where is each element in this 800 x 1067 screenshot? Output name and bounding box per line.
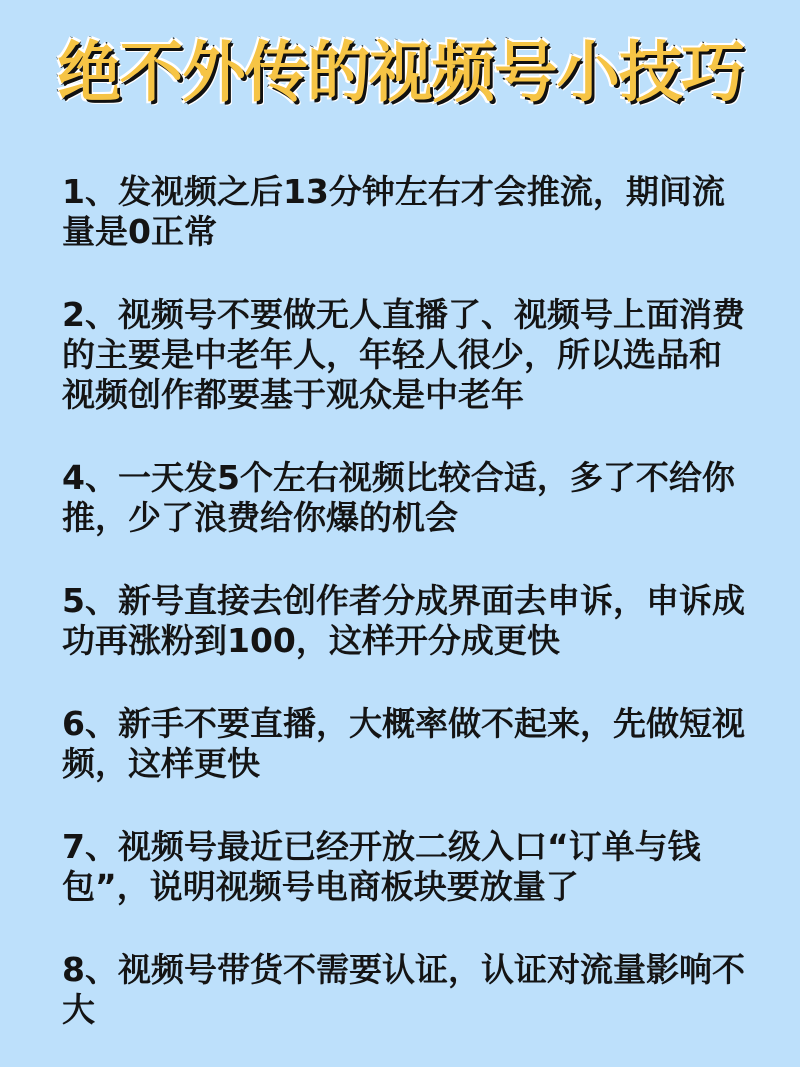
tip-item-4: 4、一天发5个左右视频比较合适，多了不给你推，少了浪费给你爆的机会 <box>62 458 752 538</box>
title-banner: 绝不外传的视频号小技巧 <box>0 28 800 124</box>
tips-list: 1、发视频之后13分钟左右才会推流，期间流量是0正常 2、视频号不要做无人直播了… <box>62 172 752 1067</box>
tip-item-6: 6、新手不要直播，大概率做不起来，先做短视频，这样更快 <box>62 704 752 784</box>
tip-item-8: 8、视频号带货不需要认证，认证对流量影响不大 <box>62 950 752 1030</box>
tip-item-2: 2、视频号不要做无人直播了、视频号上面消费的主要是中老年人，年轻人很少，所以选品… <box>62 295 752 415</box>
tip-item-5: 5、新号直接去创作者分成界面去申诉，申诉成功再涨粉到100，这样开分成更快 <box>62 581 752 661</box>
tip-item-7: 7、视频号最近已经开放二级入口“订单与钱包”，说明视频号电商板块要放量了 <box>62 827 752 907</box>
tip-item-1: 1、发视频之后13分钟左右才会推流，期间流量是0正常 <box>62 172 752 252</box>
page-title: 绝不外传的视频号小技巧 <box>57 28 743 118</box>
